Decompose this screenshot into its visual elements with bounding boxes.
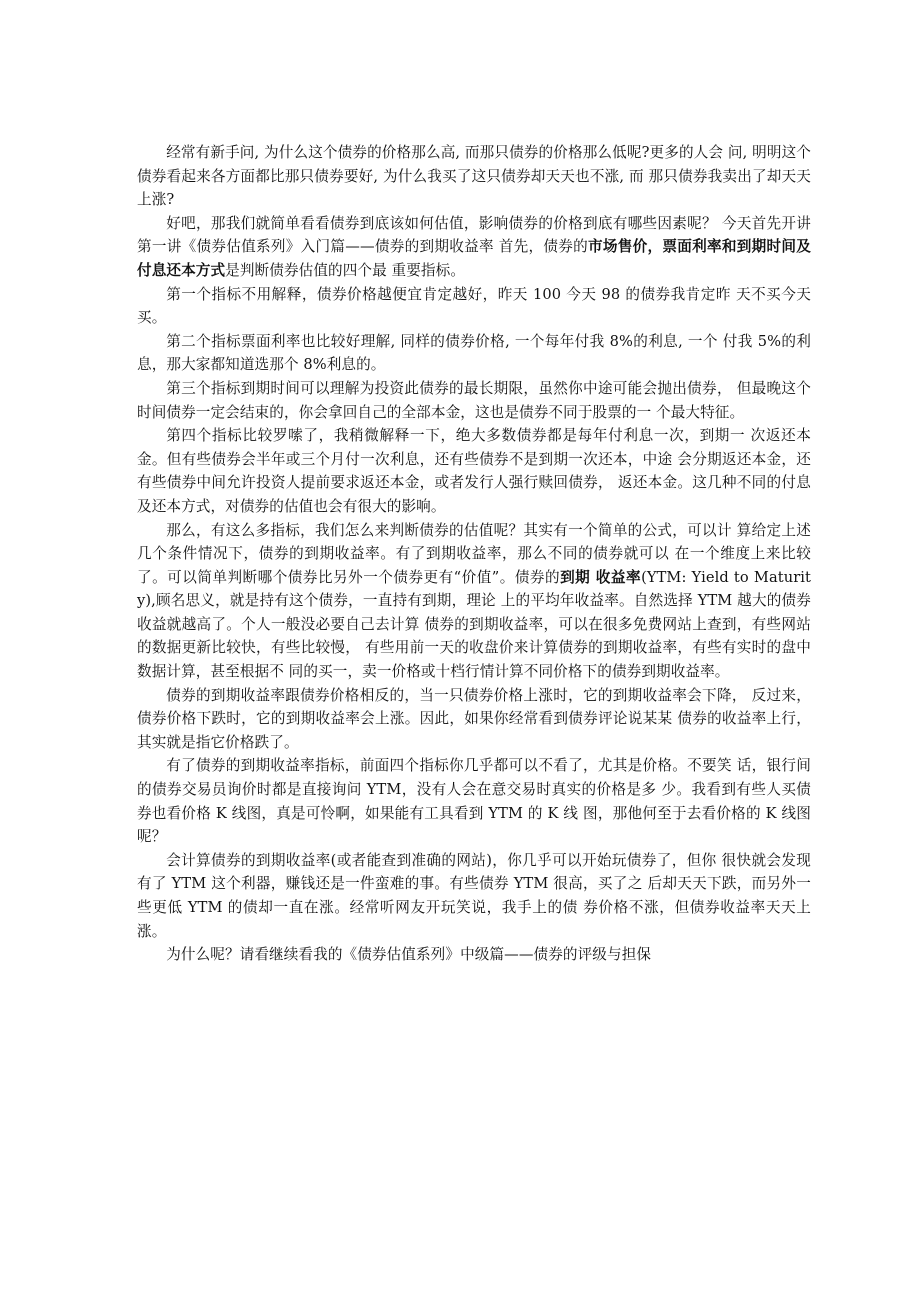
paragraph-11-text: 为什么呢？请看继续看我的《债券估值系列》中级篇——债券的评级与担保 <box>166 946 651 963</box>
paragraph-4: 第二个指标票面利率也比较好理解, 同样的债券价格, 一个每年付我 8%的利息, … <box>137 330 811 377</box>
paragraph-8-text: 债券的到期收益率跟债券价格相反的，当一只债券价格上涨时，它的到期收益率会下降， … <box>137 687 811 751</box>
paragraph-3-text: 第一个指标不用解释，债券价格越便宜肯定越好，昨天 100 今天 98 的债券我肯… <box>137 286 811 327</box>
paragraph-8: 债券的到期收益率跟债券价格相反的，当一只债券价格上涨时，它的到期收益率会下降， … <box>137 684 811 755</box>
paragraph-10-text: 会计算债券的到期收益率(或者能查到准确的网站)，你几乎可以开始玩债券了，但你 很… <box>137 852 811 940</box>
paragraph-9: 有了债券的到期收益率指标，前面四个指标你几乎都可以不看了，尤其是价格。不要笑 话… <box>137 754 811 848</box>
paragraph-5-text: 第三个指标到期时间可以理解为投资此债券的最长期限，虽然你中途可能会抛出债券， 但… <box>137 380 811 421</box>
paragraph-5: 第三个指标到期时间可以理解为投资此债券的最长期限，虽然你中途可能会抛出债券， 但… <box>137 377 811 424</box>
paragraph-9-text: 有了债券的到期收益率指标，前面四个指标你几乎都可以不看了，尤其是价格。不要笑 话… <box>137 757 811 845</box>
paragraph-6: 第四个指标比较罗嗦了，我稍微解释一下，绝大多数债券都是每年付利息一次，到期一 次… <box>137 424 811 518</box>
paragraph-4-text: 第二个指标票面利率也比较好理解, 同样的债券价格, 一个每年付我 8%的利息, … <box>137 333 811 374</box>
paragraph-10: 会计算债券的到期收益率(或者能查到准确的网站)，你几乎可以开始玩债券了，但你 很… <box>137 849 811 943</box>
paragraph-1-text: 经常有新手问, 为什么这个债券的价格那么高, 而那只债券的价格那么低呢?更多的人… <box>137 144 811 208</box>
paragraph-7-bold-ytm: 到期 收益率 <box>560 569 641 586</box>
paragraph-1: 经常有新手问, 为什么这个债券的价格那么高, 而那只债券的价格那么低呢?更多的人… <box>137 141 811 212</box>
document-page: 经常有新手问, 为什么这个债券的价格那么高, 而那只债券的价格那么低呢?更多的人… <box>137 141 811 967</box>
paragraph-2: 好吧，那我们就简单看看债券到底该如何估值，影响债券的价格到底有哪些因素呢？ 今天… <box>137 212 811 283</box>
paragraph-2-text-b: 是判断债券估值的四个最 重要指标。 <box>225 262 465 279</box>
paragraph-3: 第一个指标不用解释，债券价格越便宜肯定越好，昨天 100 今天 98 的债券我肯… <box>137 283 811 330</box>
paragraph-6-text: 第四个指标比较罗嗦了，我稍微解释一下，绝大多数债券都是每年付利息一次，到期一 次… <box>137 427 811 515</box>
paragraph-11: 为什么呢？请看继续看我的《债券估值系列》中级篇——债券的评级与担保 <box>137 943 811 967</box>
paragraph-7: 那么，有这么多指标，我们怎么来判断债券的估值呢？其实有一个简单的公式，可以计 算… <box>137 519 811 684</box>
